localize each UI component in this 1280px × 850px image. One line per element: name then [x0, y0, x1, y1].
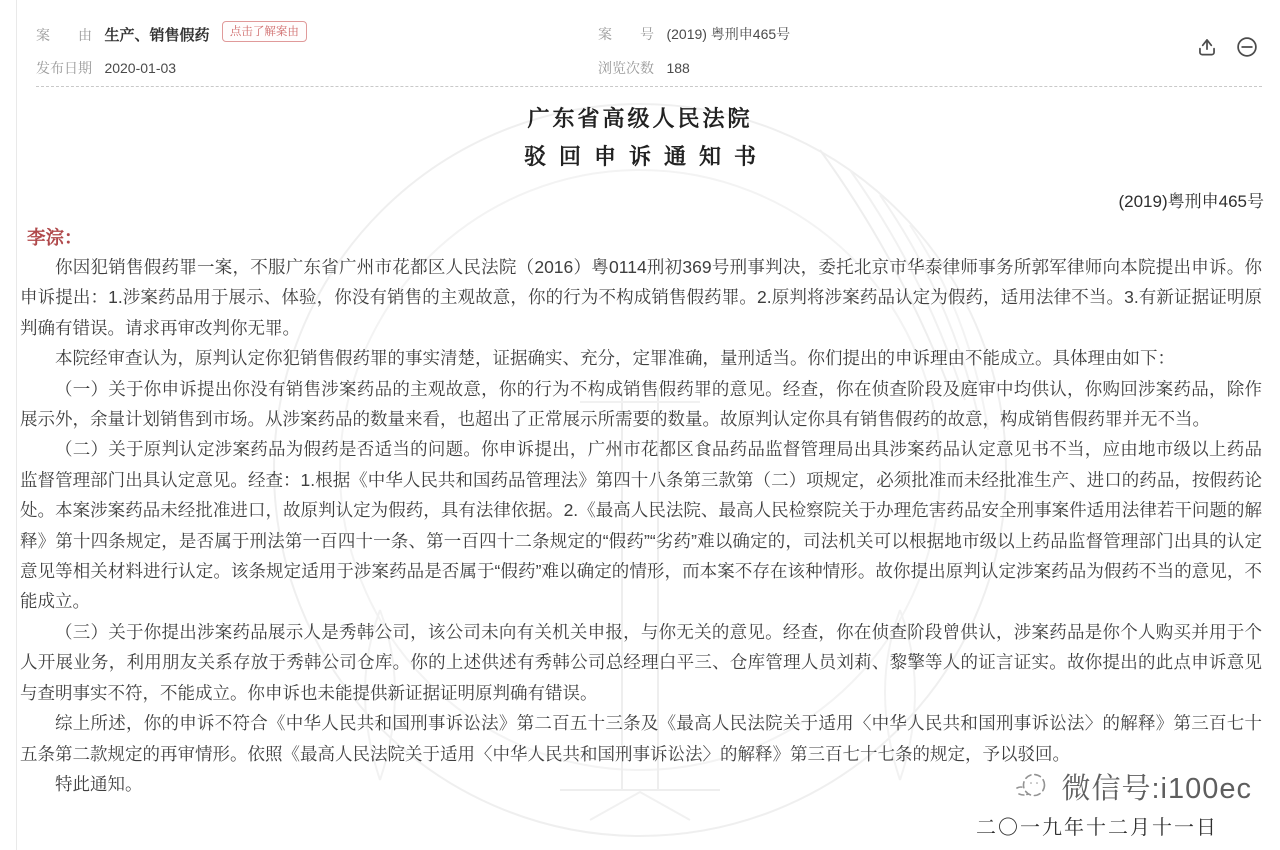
- document-title: 驳回申诉通知书: [0, 140, 1280, 171]
- case-cause-value: 生产、销售假药: [104, 27, 209, 44]
- case-number-value: (2019) 粤刑申465号: [666, 26, 790, 42]
- minus-circle-icon[interactable]: [1234, 34, 1260, 60]
- document-footer: 微信号:i100ec 二〇一九年十二月十一日: [976, 766, 1252, 844]
- court-document: 广东省高级人民法院 驳回申诉通知书 (2019)粤刑申465号 李淙： 你因犯销…: [0, 102, 1280, 799]
- paragraph-conclusion: 综上所述，你的申诉不符合《中华人民共和国刑事诉讼法》第二百五十三条及《最高人民法…: [20, 708, 1262, 769]
- wechat-watermark: 微信号:i100ec: [976, 766, 1252, 807]
- paragraph-reason-1: （一）关于你申诉提出你没有销售涉案药品的主观故意，你的行为不构成销售假药罪的意见…: [20, 374, 1262, 435]
- case-number-label: 案 号: [598, 26, 654, 42]
- publish-date-label: 发布日期: [36, 60, 92, 76]
- case-cause-label: 案 由: [36, 27, 92, 43]
- paragraph-appeal-summary: 你因犯销售假药罪一案，不服广东省广州市花都区人民法院（2016）粤0114刑初3…: [20, 252, 1262, 343]
- document-date: 二〇一九年十二月十一日: [976, 811, 1218, 840]
- addressee-name: 李淙：: [27, 224, 1280, 250]
- court-name: 广东省高级人民法院: [0, 102, 1280, 133]
- upload-icon[interactable]: [1194, 34, 1220, 60]
- case-cause-info-badge[interactable]: 点击了解案由: [222, 21, 307, 42]
- wechat-logo-icon: [1013, 770, 1051, 804]
- paragraph-reason-2: （二）关于原判认定涉案药品为假药是否适当的问题。你申诉提出，广州市花都区食品药品…: [20, 434, 1262, 616]
- paragraph-reason-3: （三）关于你提出涉案药品展示人是秀韩公司，该公司未向有关机关申报，与你无关的意见…: [20, 617, 1262, 708]
- wechat-watermark-text: 微信号:i100ec: [1061, 766, 1252, 807]
- views-value: 188: [666, 60, 689, 76]
- views-label: 浏览次数: [598, 60, 654, 76]
- paragraph-court-opinion: 本院经审查认为，原判认定你犯销售假药罪的事实清楚，证据确实、充分，定罪准确，量刑…: [20, 343, 1262, 373]
- document-paragraphs: 你因犯销售假药罪一案，不服广东省广州市花都区人民法院（2016）粤0114刑初3…: [0, 252, 1280, 799]
- publish-date-value: 2020-01-03: [104, 60, 176, 76]
- document-case-number: (2019)粤刑申465号: [0, 187, 1280, 212]
- document-meta-header: 案 由 生产、销售假药 点击了解案由 案 号 (2019) 粤刑申465号 发布…: [36, 18, 1262, 87]
